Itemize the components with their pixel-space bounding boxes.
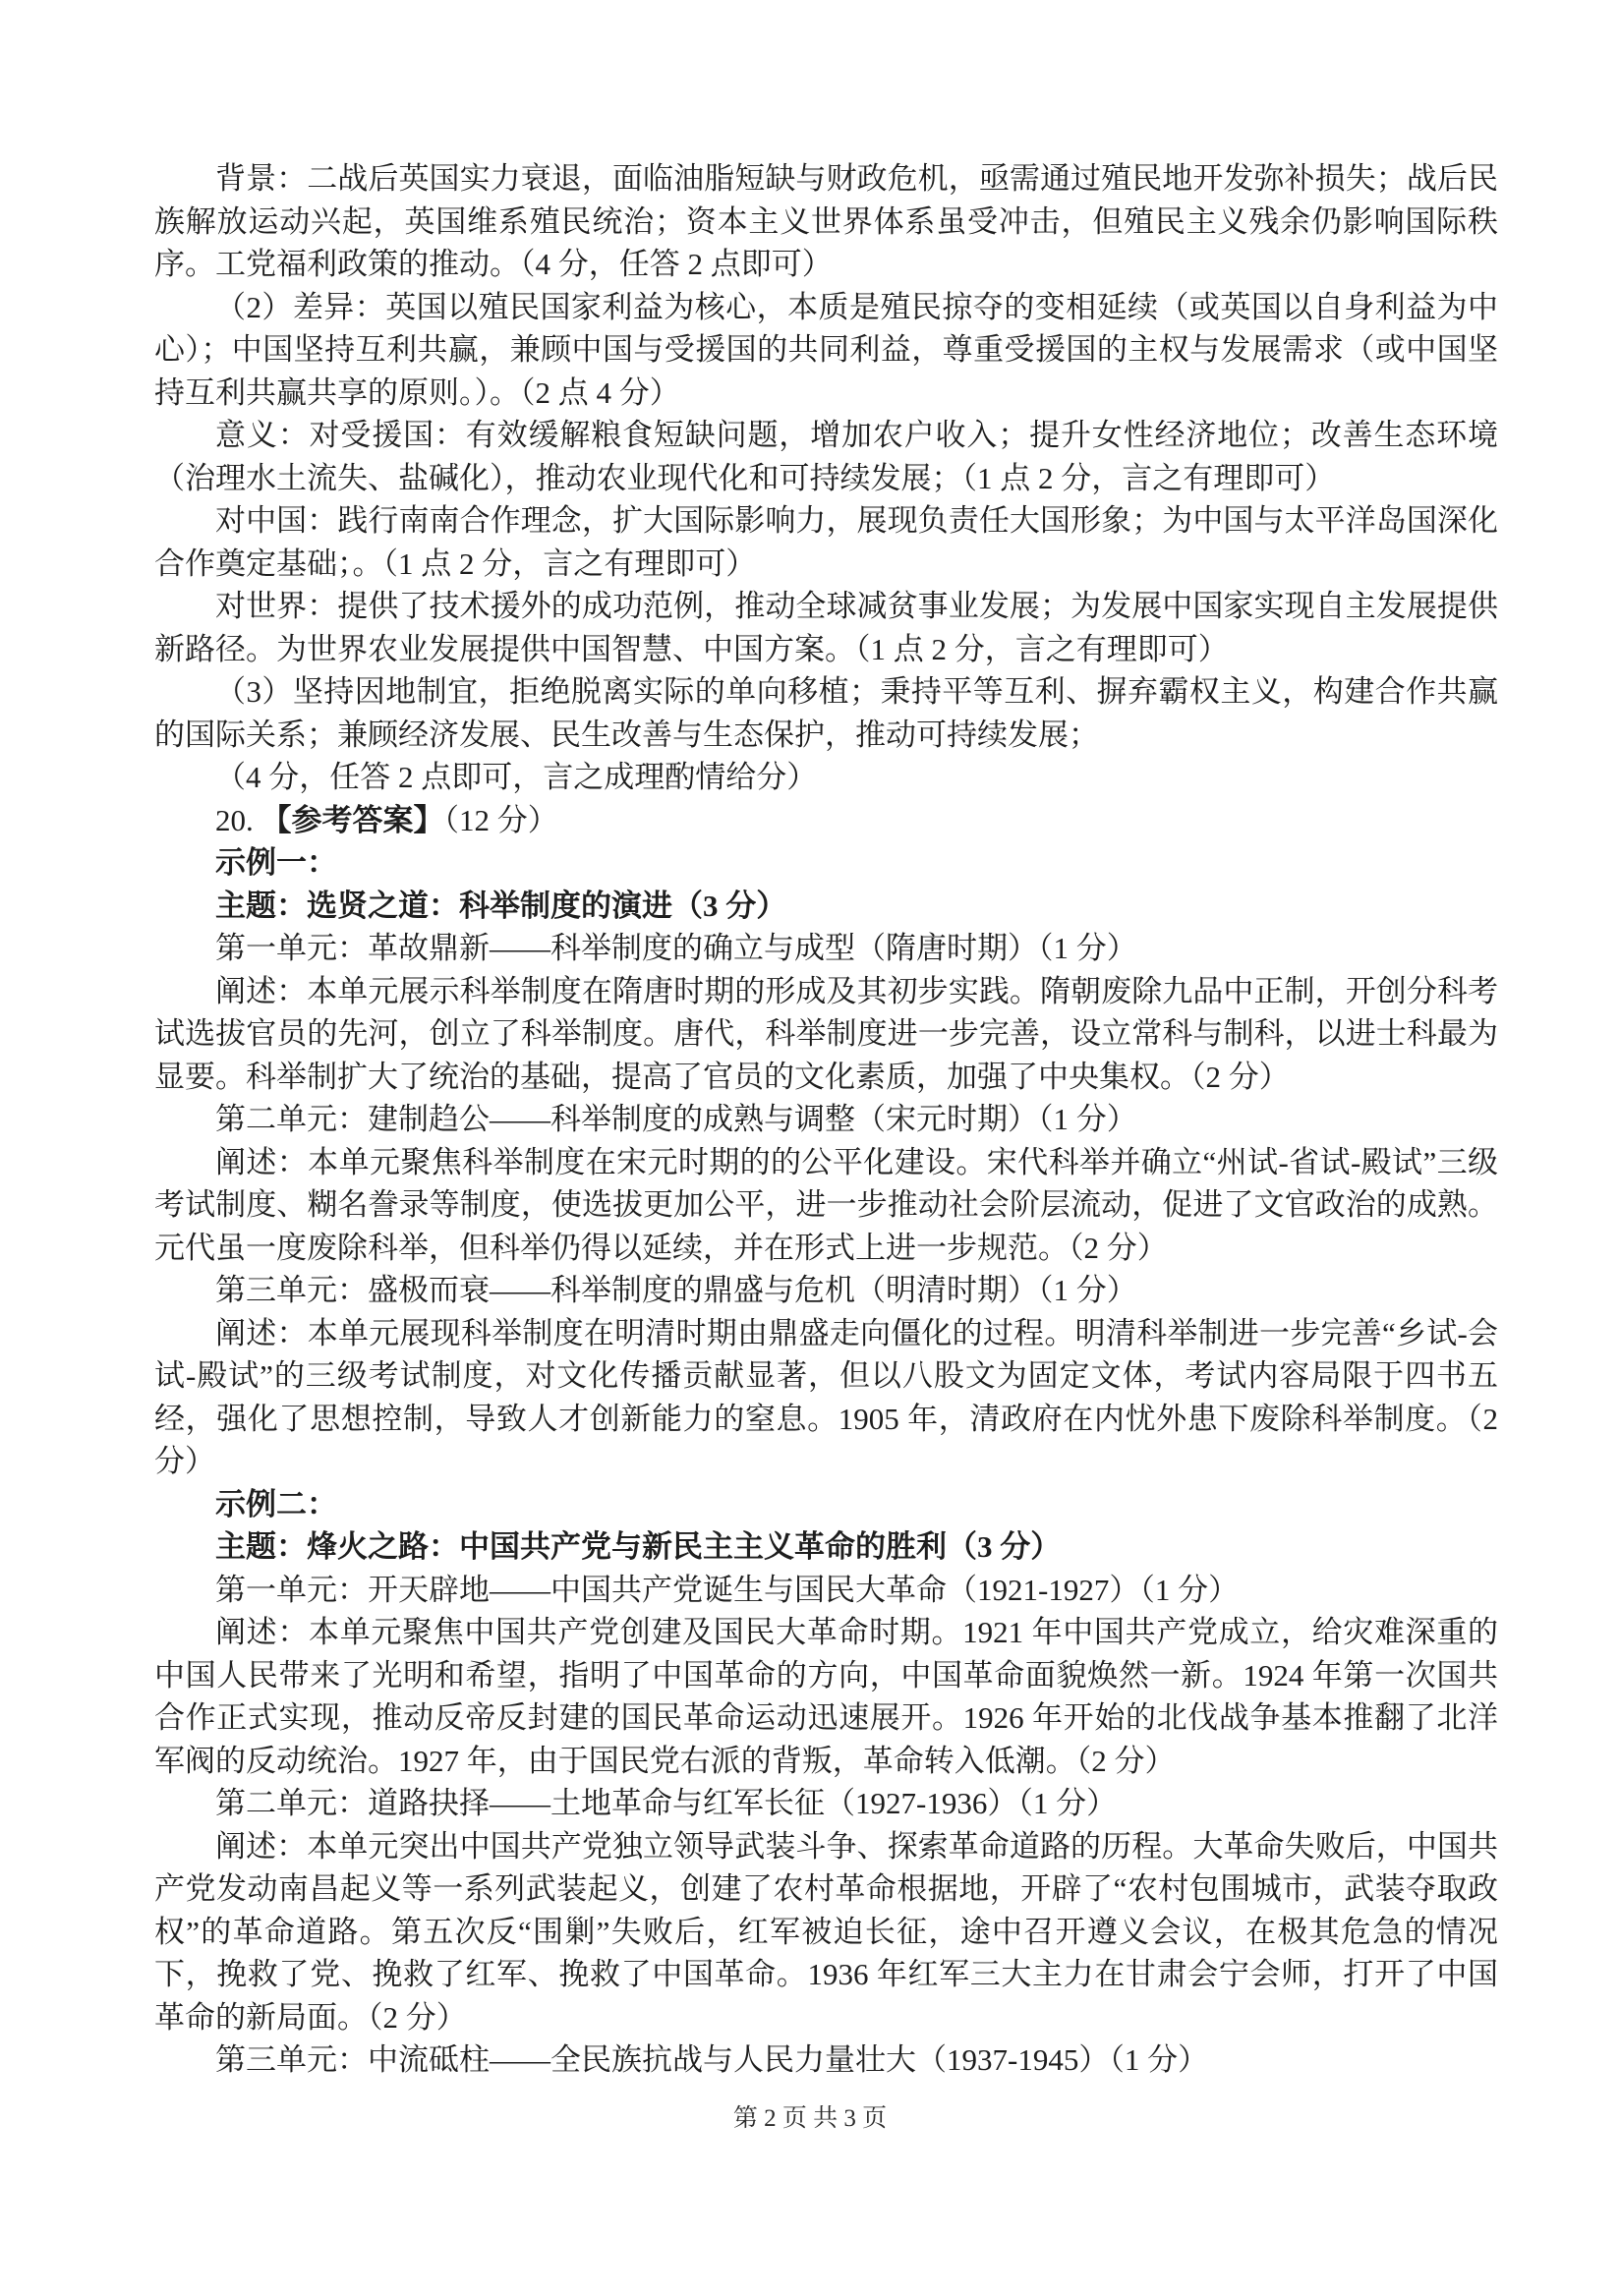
example2-label: 示例二： [154,1483,1498,1526]
answer20-heading: 20. 【参考答案】（12 分） [154,799,1498,842]
example1-label: 示例一： [154,841,1498,885]
example1-unit3-description: 阐述：本单元展现科举制度在明清时期由鼎盛走向僵化的过程。明清科举制进一步完善“乡… [154,1312,1498,1483]
answer19-significance-china: 对中国：践行南南合作理念，扩大国际影响力，展现负责任大国形象；为中国与太平洋岛国… [154,499,1498,585]
example1-unit2-title: 第二单元：建制趋公——科举制度的成熟与调整（宋元时期）（1 分） [154,1098,1498,1141]
example1-unit1-title: 第一单元：革故鼎新——科举制度的确立与成型（隋唐时期）（1 分） [154,927,1498,970]
answer-key-text: 背景：二战后英国实力衰退，面临油脂短缺与财政危机，亟需通过殖民地开发弥补损失；战… [154,157,1498,2082]
answer19-part3: （3）坚持因地制宜，拒绝脱离实际的单向移植；秉持平等互利、摒弃霸权主义，构建合作… [154,670,1498,756]
example2-unit2-title: 第二单元：道路抉择——土地革命与红军长征（1927-1936）（1 分） [154,1782,1498,1825]
example2-unit1-title: 第一单元：开天辟地——中国共产党诞生与国民大革命（1921-1927）（1 分） [154,1569,1498,1612]
example1-unit3-title: 第三单元：盛极而衰——科举制度的鼎盛与危机（明清时期）（1 分） [154,1269,1498,1312]
example1-unit2-description: 阐述：本单元聚焦科举制度在宋元时期的的公平化建设。宋代科举并确立“州试-省试-殿… [154,1141,1498,1270]
example2-unit3-title: 第三单元：中流砥柱——全民族抗战与人民力量壮大（1937-1945）（1 分） [154,2038,1498,2082]
page-footer: 第 2 页 共 3 页 [0,2103,1620,2135]
answer19-part2-difference: （2）差异：英国以殖民国家利益为核心，本质是殖民掠夺的变相延续（或英国以自身利益… [154,286,1498,415]
document-page: 背景：二战后英国实力衰退，面临油脂短缺与财政危机，亟需通过殖民地开发弥补损失；战… [0,0,1620,2296]
example2-unit1-description: 阐述：本单元聚焦中国共产党创建及国民大革命时期。1921 年中国共产党成立，给灾… [154,1611,1498,1782]
page-number: 第 2 页 共 3 页 [733,2105,887,2132]
answer19-score-note: （4 分，任答 2 点即可，言之成理酌情给分） [154,756,1498,799]
answer20-score: （12 分） [444,803,558,837]
example2-theme: 主题：烽火之路：中国共产党与新民主主义革命的胜利（3 分） [154,1525,1498,1569]
question-number: 20. [215,803,261,837]
answer19-significance-recipient: 意义：对受援国：有效缓解粮食短缺问题，增加农户收入；提升女性经济地位；改善生态环… [154,414,1498,499]
answer19-background: 背景：二战后英国实力衰退，面临油脂短缺与财政危机，亟需通过殖民地开发弥补损失；战… [154,157,1498,286]
answer19-significance-world: 对世界：提供了技术援外的成功范例，推动全球减贫事业发展；为发展中国家实现自主发展… [154,585,1498,670]
example1-theme: 主题：选贤之道：科举制度的演进（3 分） [154,885,1498,928]
reference-answer-label: 【参考答案】 [261,803,444,837]
example2-unit2-description: 阐述：本单元突出中国共产党独立领导武装斗争、探索革命道路的历程。大革命失败后，中… [154,1825,1498,2039]
example1-unit1-description: 阐述：本单元展示科举制度在隋唐时期的形成及其初步实践。隋朝废除九品中正制，开创分… [154,970,1498,1099]
